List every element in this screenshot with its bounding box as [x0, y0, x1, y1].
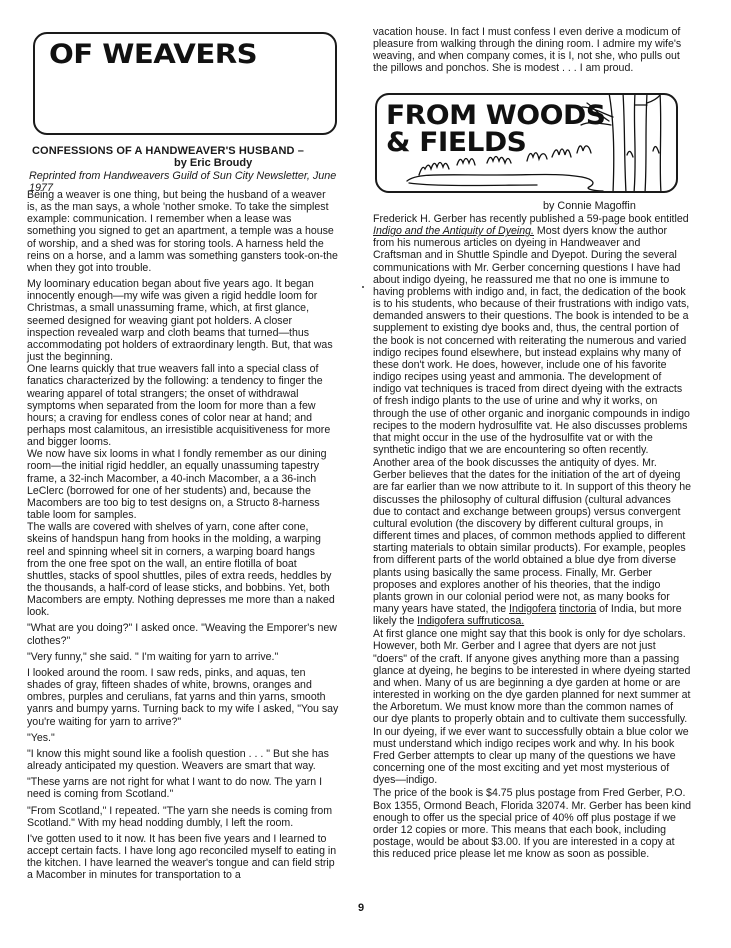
print-speck: [362, 286, 364, 288]
left-column-body: Being a weaver is one thing, but being t…: [27, 189, 339, 885]
trees-and-grass-illustration: [377, 95, 678, 193]
paragraph: "I know this might sound like a foolish …: [27, 748, 339, 772]
paragraph: My loominary education began about five …: [27, 278, 339, 363]
paragraph: I've gotten used to it now. It has been …: [27, 833, 339, 882]
right-column-body: Frederick H. Gerber has recently publish…: [373, 213, 691, 861]
paragraph: One learns quickly that true weavers fal…: [27, 363, 339, 448]
paragraph: We now have six looms in what I fondly r…: [27, 448, 339, 521]
paragraph: The walls are covered with shelves of ya…: [27, 521, 339, 618]
paragraph: Being a weaver is one thing, but being t…: [27, 189, 339, 274]
paragraph: Another area of the book discusses the a…: [373, 457, 691, 627]
paragraph: "What are you doing?" I asked once. "Wea…: [27, 622, 339, 646]
paragraph: I looked around the room. I saw reds, pi…: [27, 667, 339, 728]
species-name: Indigofera: [509, 603, 556, 615]
article-byline: by Eric Broudy: [174, 157, 252, 169]
paragraph: "From Scotland," I repeated. "The yarn s…: [27, 805, 339, 829]
book-title: Indigo and the Antiquity of Dyeing.: [373, 225, 534, 237]
paragraph: vacation house. In fact I must confess I…: [373, 26, 688, 75]
paragraph: At first glance one might say that this …: [373, 628, 691, 786]
article-title: CONFESSIONS OF A HANDWEAVER'S HUSBAND –: [32, 145, 304, 157]
paragraph: "Yes.": [27, 732, 339, 744]
paragraph: Frederick H. Gerber has recently publish…: [373, 213, 691, 456]
page-number: 9: [358, 902, 364, 914]
paragraph: The price of the book is $4.75 plus post…: [373, 787, 691, 860]
from-woods-and-fields-banner: FROM WOODS & FIELDS: [375, 93, 678, 193]
article-byline: by Connie Magoffin: [543, 200, 636, 212]
article-continuation: vacation house. In fact I must confess I…: [373, 26, 688, 79]
of-weavers-banner: OF WEAVERS: [33, 32, 337, 135]
paragraph: "Very funny," she said. " I'm waiting fo…: [27, 651, 339, 663]
species-name: tinctoria: [559, 603, 596, 615]
paragraph: "These yarns are not right for what I wa…: [27, 776, 339, 800]
section-title: OF WEAVERS: [49, 41, 257, 68]
species-name: Indigofera suffruticosa.: [417, 615, 524, 627]
